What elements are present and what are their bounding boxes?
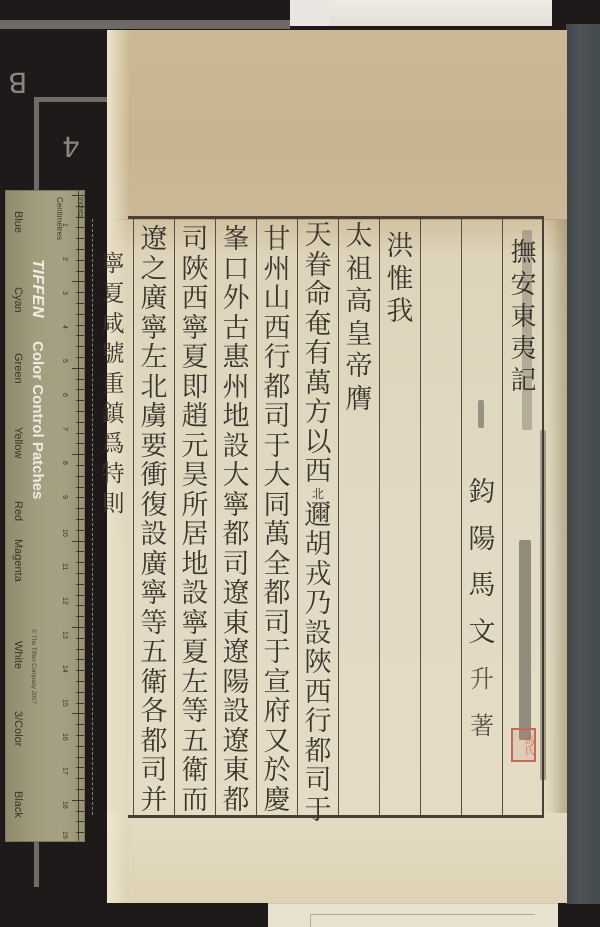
char: 復	[134, 491, 174, 521]
ruler-tick	[76, 422, 84, 423]
ruler-tick	[72, 800, 86, 801]
ruler-tick	[76, 303, 84, 304]
char: 我	[380, 296, 420, 329]
ruler-tick	[76, 217, 84, 218]
char: 惟	[380, 264, 420, 297]
cm-number: 16	[61, 733, 68, 741]
top-interleaf-sheet	[290, 0, 552, 26]
char: 廣	[134, 284, 174, 314]
ruler-tick	[76, 649, 84, 650]
ruler-tick	[76, 562, 84, 563]
column-8: 司 陜 西 寧 夏 即 趙 元 昊 所 居 地 設 寧 夏 左 等 五 衛 而	[174, 219, 215, 815]
char: 東	[216, 609, 256, 639]
ruler-tick	[76, 595, 84, 596]
char: 大	[257, 461, 297, 491]
char: 眷	[298, 251, 338, 281]
char: 趙	[175, 402, 215, 432]
char: 左	[175, 668, 215, 698]
column-7: 峯 口 外 古 惠 州 地 設 大 寧 都 司 遼 東 遼 陽 設 遼 東 都	[215, 219, 256, 815]
cm-number: 2	[61, 257, 68, 261]
char: 寧	[134, 314, 174, 344]
char: 于	[298, 796, 338, 826]
char: 乃	[298, 589, 338, 619]
cm-number: 13	[61, 631, 68, 639]
char: 戎	[298, 560, 338, 590]
ruler-tick	[76, 476, 84, 477]
char: 西	[298, 678, 338, 708]
patch-label-blue: Blue	[12, 211, 24, 233]
char: 司	[216, 550, 256, 580]
ruler-tick	[76, 379, 84, 380]
cm-number: 5	[61, 359, 68, 363]
char: 於	[257, 756, 297, 786]
ruler-tick	[76, 346, 84, 347]
ruler-tick	[76, 681, 84, 682]
char: 衛	[175, 756, 215, 786]
char: 西	[298, 457, 338, 487]
char: 即	[175, 373, 215, 403]
char: 祖	[339, 254, 379, 287]
char: 夏	[175, 638, 215, 668]
cm-number: 12	[61, 597, 68, 605]
ruler-tick	[72, 713, 86, 714]
char: 都	[216, 520, 256, 550]
char: 山	[257, 284, 297, 314]
char: 號	[93, 339, 133, 369]
char: 甘	[257, 225, 297, 255]
patch-label-cyan: Cyan	[12, 287, 24, 313]
ruler-tick	[76, 767, 84, 768]
cm-number: 6	[61, 393, 68, 397]
char: 司	[175, 225, 215, 255]
char: 遼	[216, 727, 256, 757]
cm-number: 1	[61, 223, 68, 227]
cm-number: 15	[61, 699, 68, 707]
char: 則	[93, 489, 133, 519]
ruler-tick	[76, 573, 84, 574]
char: 所	[175, 491, 215, 521]
cm-number: 10	[61, 529, 68, 537]
char: 峯	[216, 225, 256, 255]
char: 特	[93, 459, 133, 489]
product-name: Color Control Patches	[29, 341, 46, 499]
book-cover-edge	[566, 24, 600, 904]
char: 同	[257, 491, 297, 521]
column-blank	[420, 219, 461, 815]
char: 有	[298, 339, 338, 369]
char: 陜	[175, 255, 215, 285]
patch-label-green: Green	[12, 353, 24, 384]
char: 設	[134, 520, 174, 550]
page-bottom-margin	[107, 813, 567, 903]
ruler-tick	[76, 443, 84, 444]
ruler-tick	[76, 616, 84, 617]
column-5: 天 眷 命 奄 有 萬 方 以 西 北 邇 胡 戎 乃 設 陜 西 行 都 司 …	[297, 219, 338, 815]
char: 州	[216, 373, 256, 403]
char: 方	[298, 398, 338, 428]
char: 全	[257, 550, 297, 580]
char: 司	[298, 766, 338, 796]
column-3: 洪 惟 我	[379, 219, 420, 815]
char: 天	[298, 221, 338, 251]
ruler-tick	[76, 227, 84, 228]
char: 行	[257, 343, 297, 373]
char: 陽	[216, 668, 256, 698]
patch-label-black: Black	[12, 791, 24, 818]
char: 寧	[175, 314, 215, 344]
char: 著	[462, 710, 502, 743]
char: 五	[175, 727, 215, 757]
cm-number: 7	[61, 427, 68, 431]
ink-bleed	[522, 230, 532, 430]
char: 爲	[93, 429, 133, 459]
char-small: 北	[298, 487, 338, 501]
tiffen-color-ruler: Inches Centimetres TIFFEN Color Control …	[5, 190, 85, 842]
cm-number: 18	[61, 801, 68, 809]
board-label-b: B	[8, 66, 27, 99]
char: 寧	[216, 491, 256, 521]
char: 設	[216, 432, 256, 462]
cm-scale	[66, 191, 76, 841]
column-10: 寧 夏 咸 號 重 鎮 爲 特 則	[92, 219, 133, 815]
char: 寧	[175, 609, 215, 639]
ruler-tick	[76, 400, 84, 401]
char: 寧	[134, 579, 174, 609]
char: 遼	[216, 638, 256, 668]
char: 萬	[257, 520, 297, 550]
bottom-interleaf-sheet	[268, 903, 558, 927]
inches-label: Inches	[77, 197, 84, 218]
char: 都	[257, 579, 297, 609]
char: 皇	[339, 319, 379, 352]
char: 古	[216, 314, 256, 344]
char: 司	[257, 609, 297, 639]
char: 設	[175, 579, 215, 609]
char: 鈞	[462, 477, 502, 510]
char: 以	[298, 428, 338, 458]
char: 司	[257, 402, 297, 432]
char: 文	[462, 617, 502, 650]
char: 設	[216, 697, 256, 727]
char: 于	[257, 432, 297, 462]
ruler-tick	[76, 497, 84, 498]
page-top-margin	[107, 30, 567, 220]
ruler-tick	[76, 271, 84, 272]
printed-text-block: 撫 安 東 夷 記 鈞 陽 馬 文 升 著 洪 惟 我 太 祖 高 皇 帝 膺 …	[128, 216, 544, 818]
char: 升	[462, 663, 502, 696]
cm-number: 9	[61, 495, 68, 499]
char: 衛	[134, 668, 174, 698]
char: 昊	[175, 461, 215, 491]
scan-board-strip	[0, 20, 290, 29]
ink-bleed	[478, 400, 484, 428]
char: 北	[134, 373, 174, 403]
ruler-tick	[76, 735, 84, 736]
char: 居	[175, 520, 215, 550]
char: 太	[339, 221, 379, 254]
board-label-4: 4	[62, 130, 80, 163]
char: 大	[216, 461, 256, 491]
ruler-tick	[76, 389, 84, 390]
ruler-tick	[76, 249, 84, 250]
ruler-tick	[76, 703, 84, 704]
cm-number: 11	[61, 563, 68, 570]
ink-bleed	[519, 540, 531, 740]
ruler-tick	[76, 314, 84, 315]
patch-label-white: White	[12, 641, 24, 669]
inch-scale	[78, 191, 86, 841]
char: 于	[257, 638, 297, 668]
column-9: 遼 之 廣 寧 左 北 虜 要 衝 復 設 廣 寧 等 五 衛 各 都 司 并	[133, 219, 174, 815]
ruler-tick	[76, 335, 84, 336]
ruler-tick	[76, 605, 84, 606]
copyright-text: © The Tiffen Company 2007	[30, 629, 36, 704]
ruler-tick	[76, 206, 84, 207]
char: 五	[134, 638, 174, 668]
char: 衝	[134, 461, 174, 491]
ruler-tick	[76, 433, 84, 434]
char: 馬	[462, 570, 502, 603]
ruler-tick	[72, 281, 86, 282]
char: 都	[216, 786, 256, 816]
char: 奄	[298, 310, 338, 340]
char: 都	[257, 373, 297, 403]
char: 陽	[462, 524, 502, 557]
char: 司	[134, 756, 174, 786]
char: 咸	[93, 309, 133, 339]
char: 府	[257, 697, 297, 727]
char: 虜	[134, 402, 174, 432]
char: 廣	[134, 550, 174, 580]
char: 鎮	[93, 399, 133, 429]
char: 東	[216, 756, 256, 786]
char: 而	[175, 786, 215, 816]
char: 高	[339, 286, 379, 319]
ruler-tick	[76, 659, 84, 660]
ruler-tick	[76, 821, 84, 822]
ruler-tick	[76, 325, 84, 326]
cm-number: 3	[61, 291, 68, 295]
ruler-tick	[76, 465, 84, 466]
cm-number: 8	[61, 461, 68, 465]
ruler-tick	[76, 238, 84, 239]
patch-label-yellow: Yellow	[12, 427, 24, 458]
char: 地	[216, 402, 256, 432]
char: 西	[175, 284, 215, 314]
char: 重	[93, 369, 133, 399]
char: 左	[134, 343, 174, 373]
ruler-tick	[76, 584, 84, 585]
char: 陜	[298, 648, 338, 678]
char: 夏	[175, 343, 215, 373]
char: 遼	[134, 225, 174, 255]
ruler-tick	[76, 260, 84, 261]
char: 又	[257, 727, 297, 757]
ruler-tick	[76, 487, 84, 488]
char: 西	[257, 314, 297, 344]
char: 惠	[216, 343, 256, 373]
ruler-tick	[76, 724, 84, 725]
char: 遼	[216, 579, 256, 609]
char: 慶	[257, 786, 297, 816]
ink-bleed	[540, 430, 546, 780]
char: 宣	[257, 668, 297, 698]
char: 要	[134, 432, 174, 462]
ruler-tick	[76, 757, 84, 758]
char: 并	[134, 786, 174, 816]
patch-label-3color: 3/Color	[12, 711, 24, 746]
ruler-tick	[76, 670, 84, 671]
ruler-tick	[76, 638, 84, 639]
char: 寧	[93, 249, 133, 279]
column-author: 鈞 陽 馬 文 升 著	[461, 219, 502, 815]
red-seal-stamp: 馬氏	[511, 728, 536, 762]
ruler-tick	[76, 551, 84, 552]
cm-number: 14	[61, 665, 68, 673]
cm-number: 4	[61, 325, 68, 329]
patch-label-magenta: Magenta	[12, 539, 24, 582]
ruler-tick	[76, 692, 84, 693]
ruler-tick	[72, 541, 86, 542]
cm-number: 17	[61, 767, 68, 775]
ruler-tick	[76, 811, 84, 812]
ruler-tick	[76, 411, 84, 412]
ruler-tick	[76, 530, 84, 531]
char: 之	[134, 255, 174, 285]
column-6: 甘 州 山 西 行 都 司 于 大 同 萬 全 都 司 于 宣 府 又 於 慶	[256, 219, 297, 815]
ruler-tick	[76, 832, 84, 833]
ruler-tick	[72, 368, 86, 369]
char: 夏	[93, 279, 133, 309]
char: 等	[134, 609, 174, 639]
char: 外	[216, 284, 256, 314]
ruler-tick	[76, 357, 84, 358]
char: 州	[257, 255, 297, 285]
tiffen-logo: TIFFEN	[28, 259, 46, 318]
char: 邇	[298, 501, 338, 531]
char: 帝	[339, 351, 379, 384]
char: 胡	[298, 530, 338, 560]
char: 行	[298, 707, 338, 737]
char: 地	[175, 550, 215, 580]
char: 設	[298, 619, 338, 649]
ruler-tick	[72, 627, 86, 628]
char: 口	[216, 255, 256, 285]
char: 元	[175, 432, 215, 462]
ruler-tick	[76, 746, 84, 747]
centimetres-label: Centimetres	[55, 197, 64, 240]
char: 等	[175, 697, 215, 727]
ruler-tick	[76, 508, 84, 509]
ruler-tick	[72, 195, 86, 196]
char: 洪	[380, 231, 420, 264]
ruler-tick	[76, 292, 84, 293]
column-4: 太 祖 高 皇 帝 膺	[338, 219, 379, 815]
char: 萬	[298, 369, 338, 399]
ruler-tick	[76, 789, 84, 790]
patch-label-red: Red	[12, 501, 24, 521]
cm-number: 19	[61, 831, 68, 839]
ruler-tick	[76, 778, 84, 779]
ruler-tick	[72, 454, 86, 455]
ruler-tick	[76, 519, 84, 520]
char: 各	[134, 697, 174, 727]
char: 命	[298, 280, 338, 310]
char: 都	[298, 737, 338, 767]
char: 都	[134, 727, 174, 757]
char: 膺	[339, 384, 379, 417]
